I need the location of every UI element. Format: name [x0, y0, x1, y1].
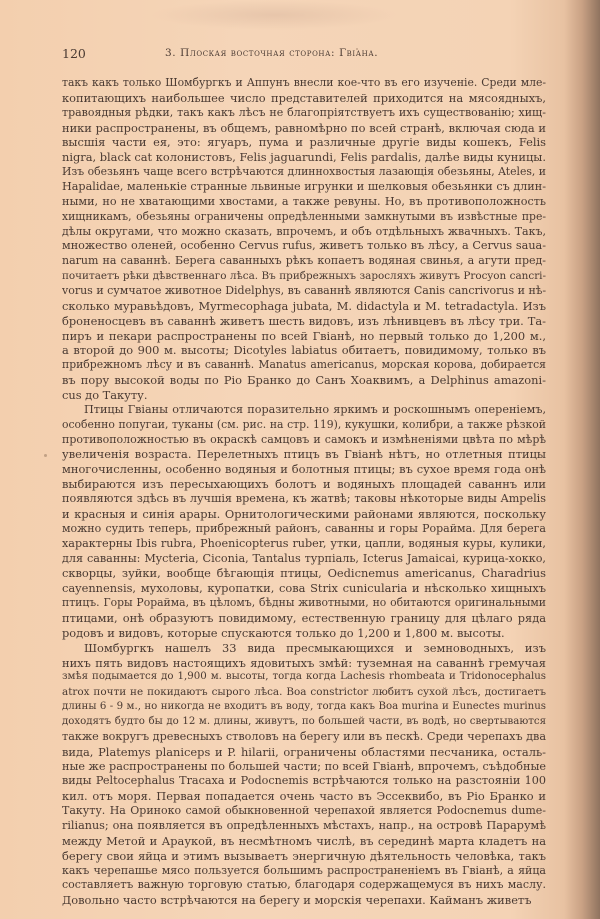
text-line: Изъ обезьянъ чаще всего встрѣчаются длин…	[62, 165, 546, 180]
text-line: почитаетъ рѣки дѣвственнаго лѣса. Въ при…	[62, 269, 546, 284]
text-line: ные же распространены по большей части; …	[62, 760, 546, 775]
text-line: между Метой и Араукой, въ несмѣтномъ чис…	[62, 834, 546, 849]
text-line: копитающихъ наибольшее число представите…	[62, 91, 546, 106]
text-line: cayennensis, мухоловы, куропатки, сова S…	[62, 581, 546, 596]
text-line: пиръ и пекари распространены по всей Гві…	[62, 329, 546, 344]
paper-speck	[44, 454, 47, 457]
text-line: Такуту. На Ориноко самой обыкновенной че…	[62, 804, 546, 819]
text-line: появляются здѣсь въ лучшія времена, къ ж…	[62, 492, 546, 507]
text-line: высшія части ея, это: ягуаръ, пума и раз…	[62, 135, 546, 150]
text-line: сколько муравьѣдовъ, Myrmecophaga jubata…	[62, 299, 546, 314]
text-line: родовъ и видовъ, которые спускаются толь…	[62, 626, 546, 641]
text-line: Птицы Гвіаны отличаются поразительно ярк…	[62, 403, 546, 418]
text-line: atrox почти не покидаютъ сырого лѣса. Bo…	[62, 685, 546, 700]
text-line: броненосцевъ въ саваннѣ живетъ шесть вид…	[62, 314, 546, 329]
text-line: прибрежномъ лѣсу и въ саваннѣ. Manatus a…	[62, 358, 546, 373]
text-line: характерны Ibis rubra, Phoenicopterus ru…	[62, 537, 546, 552]
paper-speck	[356, 48, 358, 50]
book-page: 120 3. Плоская восточная сторона: Гвіана…	[0, 0, 600, 919]
text-line: выбираются изъ пересыхающихъ болотъ и во…	[62, 477, 546, 492]
text-line: берегу свои яйца и этимъ вызываетъ энерг…	[62, 849, 546, 864]
text-line: множество оленей, особенно Cervus rufus,…	[62, 239, 546, 254]
text-line: такъ какъ только Шомбургкъ и Аппунъ внес…	[62, 76, 546, 91]
running-head: 3. Плоская восточная сторона: Гвіана.	[165, 47, 378, 59]
text-line: cus до Такуту.	[62, 388, 546, 403]
text-line: противоположностью въ окраскѣ самцовъ и …	[62, 433, 546, 448]
text-line: ники распространены, въ общемъ, равномѣр…	[62, 121, 546, 136]
text-line: многочисленны, особенно водяныя и болотн…	[62, 462, 546, 477]
paragraph: Птицы Гвіаны отличаются поразительно ярк…	[62, 403, 546, 641]
text-line: скворцы, зуйки, вообще бѣгающія птицы, O…	[62, 566, 546, 581]
text-line: хищникамъ, обезьяны ограничены опредѣлен…	[62, 210, 546, 225]
page-header: 120 3. Плоская восточная сторона: Гвіана…	[62, 46, 542, 62]
text-line: Довольно часто встрѣчаются на берегу и м…	[62, 893, 546, 908]
body-text: такъ какъ только Шомбургкъ и Аппунъ внес…	[62, 76, 546, 908]
text-line: кил. отъ моря. Первая попадается очень ч…	[62, 789, 546, 804]
text-line: также вокругъ древесныхъ стволовъ на бер…	[62, 730, 546, 745]
text-line: виды Peltocephalus Tracaxa и Podocnemis …	[62, 774, 546, 789]
paragraph: такъ какъ только Шомбургкъ и Аппунъ внес…	[62, 76, 546, 403]
text-line: Hapalidae, маленькіе странные львиные иг…	[62, 180, 546, 195]
paragraph: Шомбургкъ нашелъ 33 вида пресмыкающихся …	[62, 641, 546, 908]
text-line: птицъ. Горы Рорайма, въ цѣломъ, бѣдны жи…	[62, 596, 546, 611]
text-line: vorus и сумчатое животное Didelphys, въ …	[62, 284, 546, 299]
text-line: rilianus; она появляется въ опредѣленных…	[62, 819, 546, 834]
text-line: дѣлы округами, что можно сказать, впроче…	[62, 225, 546, 240]
text-line: составляетъ важную торговую статью, благ…	[62, 878, 546, 893]
text-line: увеличенія возраста. Перелетныхъ птицъ в…	[62, 447, 546, 462]
text-line: narum на саваннѣ. Берега саванныхъ рѣкъ …	[62, 254, 546, 269]
text-line: и красныя и синія арары. Орнитологически…	[62, 507, 546, 522]
text-line: а второй до 900 м. высоты; Dicotyles lab…	[62, 343, 546, 358]
text-line: нихъ пять видовъ настоящихъ ядовитыхъ зм…	[62, 656, 546, 671]
text-line: въ пору высокой воды по Ріо Бранко до Са…	[62, 373, 546, 388]
page-number: 120	[62, 46, 86, 61]
text-line: какъ черепашье мясо пользуется большимъ …	[62, 864, 546, 879]
paper-stain	[150, 0, 400, 30]
text-line: доходятъ будто бы до 12 м. длины, живутъ…	[62, 715, 546, 730]
text-line: птицами, онѣ образуютъ повидимому, естес…	[62, 611, 546, 626]
text-line: можно судить теперь, прибрежный районъ, …	[62, 522, 546, 537]
text-line: травоядныя рѣдки, такъ какъ лѣсъ не благ…	[62, 106, 546, 121]
text-line: змѣя подымается до 1,900 м. высоты, тогд…	[62, 670, 546, 685]
text-line: для саванны: Mycteria, Ciconia, Tantalus…	[62, 552, 546, 567]
text-line: ными, но не хватающими хвостами, а также…	[62, 195, 546, 210]
text-line: особенно попугаи, туканы (см. рис. на ст…	[62, 418, 546, 433]
text-line: вида, Platemys planiceps и P. hilarii, о…	[62, 745, 546, 760]
text-line: Шомбургкъ нашелъ 33 вида пресмыкающихся …	[62, 641, 546, 656]
text-line: nigra, black cat колонистовъ, Felis jagu…	[62, 150, 546, 165]
text-line: длины 6 - 9 м., но никогда не входитъ въ…	[62, 700, 546, 715]
